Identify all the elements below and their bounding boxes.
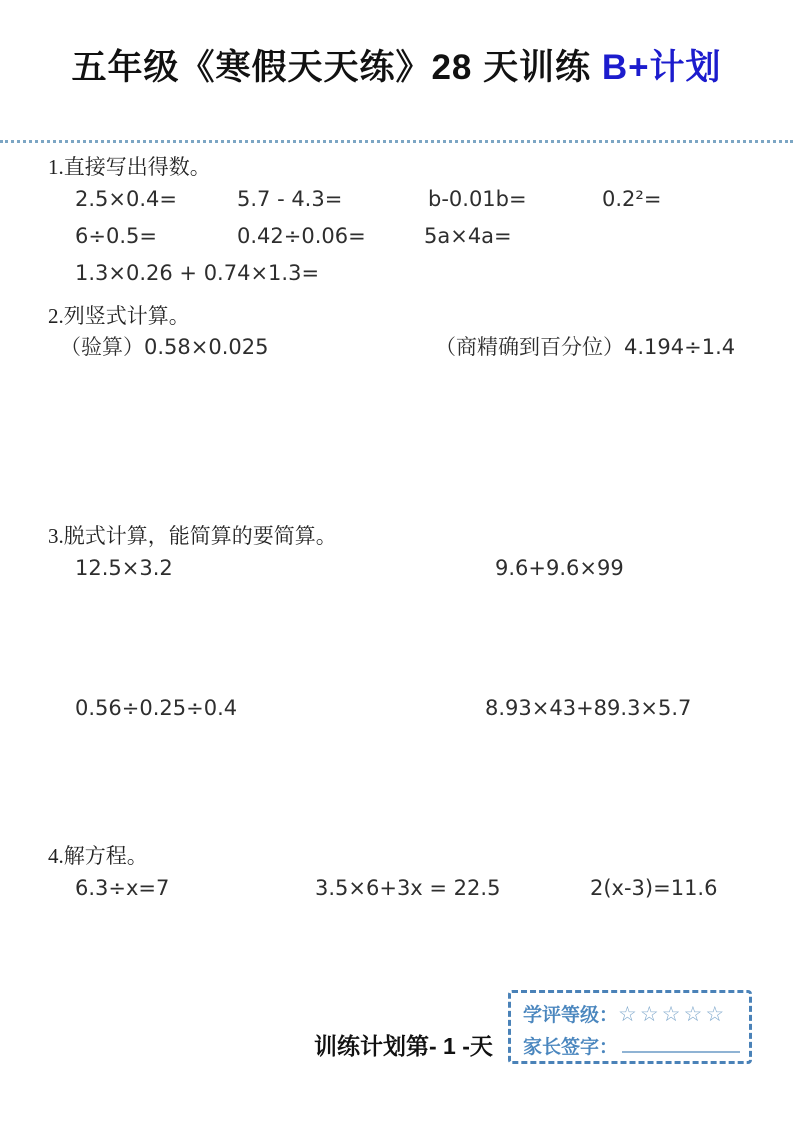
problem-item: 12.5×3.2 xyxy=(75,550,495,587)
signature-label: 家长签字： xyxy=(523,1037,618,1058)
working-space xyxy=(0,727,793,832)
problem-row: 12.5×3.29.6+9.6×99 xyxy=(75,550,793,587)
section-2-heading: 2.列竖式计算。 xyxy=(48,302,793,330)
problem-item: 1.3×0.26 + 0.74×1.3= xyxy=(75,255,319,292)
problem-row: 2.5×0.4=5.7 - 4.3=b-0.01b=0.2²= xyxy=(75,181,793,218)
section-3-heading: 3.脱式计算，能简算的要简算。 xyxy=(48,522,793,550)
problem-row: 6.3÷x=73.5×6+3x = 22.52(x-3)=11.6 xyxy=(75,870,793,907)
page-title-main: 五年级《寒假天天练》28 天训练 xyxy=(71,48,601,87)
section-direct-calculation: 1.直接写出得数。 2.5×0.4=5.7 - 4.3=b-0.01b=0.2²… xyxy=(0,153,793,292)
signature-line xyxy=(622,1031,740,1053)
dotted-divider xyxy=(0,140,793,143)
working-space xyxy=(0,587,793,690)
section-solve-equation: 4.解方程。 6.3÷x=73.5×6+3x = 22.52(x-3)=11.6 xyxy=(0,842,793,907)
problem-item: 2(x-3)=11.6 xyxy=(590,870,717,907)
signature-row: 家长签字： xyxy=(523,1031,737,1063)
problem-item: 5a×4a= xyxy=(424,218,512,255)
problem-item: 5.7 - 4.3= xyxy=(237,181,428,218)
problem-row: （验算）0.58×0.025（商精确到百分位）4.194÷1.4 xyxy=(60,330,793,364)
working-space xyxy=(0,364,793,512)
problem-item: 6.3÷x=7 xyxy=(75,870,315,907)
section-column-calculation: 2.列竖式计算。 （验算）0.58×0.025（商精确到百分位）4.194÷1.… xyxy=(0,302,793,512)
section-step-calculation: 3.脱式计算，能简算的要简算。 12.5×3.29.6+9.6×99 0.56÷… xyxy=(0,522,793,832)
problem-item: 0.56÷0.25÷0.4 xyxy=(75,690,485,727)
problem-item: 9.6+9.6×99 xyxy=(495,550,624,587)
rating-label: 学评等级： xyxy=(523,1005,618,1026)
problem-item: b-0.01b= xyxy=(428,181,602,218)
problem-item: 8.93×43+89.3×5.7 xyxy=(485,690,691,727)
problem-item: 6÷0.5= xyxy=(75,218,237,255)
problem-item: 3.5×6+3x = 22.5 xyxy=(315,870,590,907)
problem-row: 1.3×0.26 + 0.74×1.3= xyxy=(75,255,793,292)
training-day-label: 训练计划第- 1 -天 xyxy=(314,1028,493,1061)
rating-stars: ☆☆☆☆☆ xyxy=(618,1002,727,1026)
rating-row: 学评等级：☆☆☆☆☆ xyxy=(523,999,737,1031)
problem-row: 0.56÷0.25÷0.48.93×43+89.3×5.7 xyxy=(75,690,793,727)
problem-item: （商精确到百分位）4.194÷1.4 xyxy=(435,330,735,364)
problem-item: （验算）0.58×0.025 xyxy=(60,330,435,364)
score-box: 学评等级：☆☆☆☆☆ 家长签字： xyxy=(508,990,752,1064)
section-4-heading: 4.解方程。 xyxy=(48,842,793,870)
problem-item: 0.2²= xyxy=(602,181,661,218)
page-title: 五年级《寒假天天练》28 天训练 B+计划 xyxy=(30,40,763,90)
worksheet-page: 五年级《寒假天天练》28 天训练 B+计划 1.直接写出得数。 2.5×0.4=… xyxy=(0,0,793,1122)
section-1-heading: 1.直接写出得数。 xyxy=(48,153,793,181)
page-title-plan-badge: B+计划 xyxy=(602,48,722,87)
problem-item: 2.5×0.4= xyxy=(75,181,237,218)
problem-row: 6÷0.5=0.42÷0.06=5a×4a= xyxy=(75,218,793,255)
problem-item: 0.42÷0.06= xyxy=(237,218,424,255)
